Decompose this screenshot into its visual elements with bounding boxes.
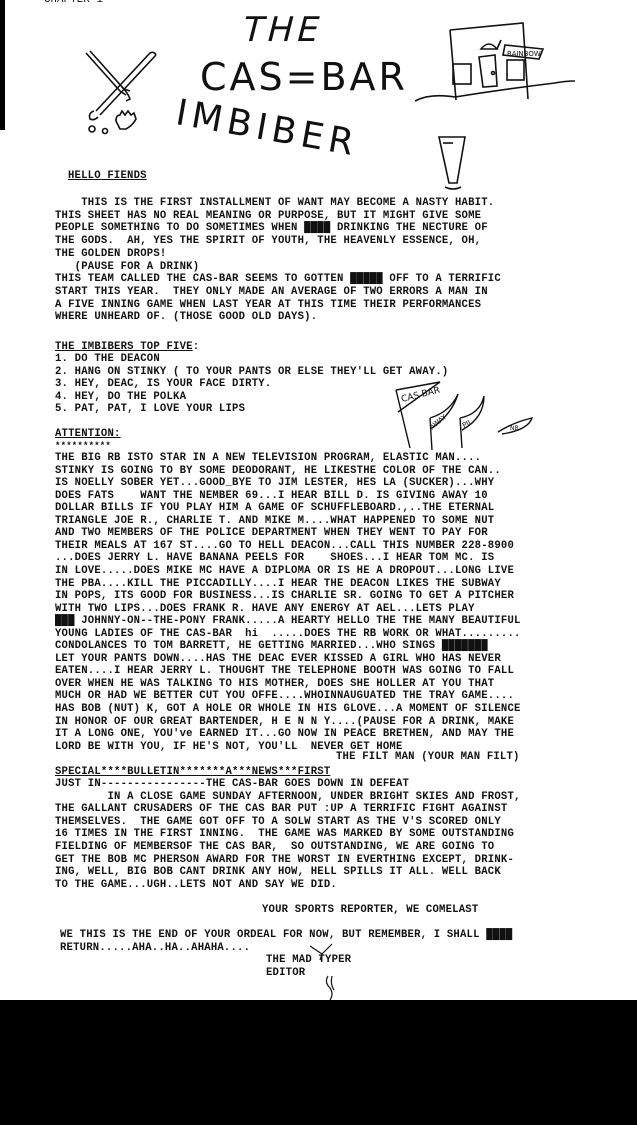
bulletin-line: 16 TIMES IN THE FIRST INNING. THE GAME W… (55, 828, 514, 841)
attention-line: DOLLAR BILLS IF YOU PLAY HIM A GAME OF S… (55, 502, 494, 515)
attention-line: IT A LONG ONE, YOU've EARNED IT...GO NOW… (55, 728, 514, 741)
attention-line: MUCH OR HAD WE BETTER CUT YOU OFFE....WH… (55, 690, 514, 703)
filt-man-signature: THE FILT MAN (YOUR MAN FILT) (336, 751, 520, 764)
top-five-item: 2. HANG ON STINKY ( TO YOUR PANTS OR ELS… (55, 366, 448, 379)
chapter-label: CHAPTER 1 (44, 0, 103, 7)
greeting-heading: HELLO FIENDS (68, 170, 147, 183)
attention-line: IS NOELLY SOBER YET...GOOD_BYE TO JIM LE… (55, 477, 494, 490)
intro-line: WHERE UNHEARD OF. (THOSE GOOD OLD DAYS). (55, 311, 317, 324)
bulletin-line: TO THE GAME...UGH..LETS NOT AND SAY WE D… (55, 879, 337, 892)
intro-line: START THIS YEAR. THEY ONLY MADE AN AVERA… (55, 286, 488, 299)
attention-line: THEIR MEALS AT 167 ST....GO TO HELL DEAC… (55, 540, 514, 553)
top-five-item: 3. HEY, DEAC, IS YOUR FACE DIRTY. (55, 378, 271, 391)
attention-line: THE BIG RB ISTO STAR IN A NEW TELEVISION… (55, 452, 481, 465)
intro-line: THIS TEAM CALLED THE CAS-BAR SEEMS TO GO… (55, 273, 501, 286)
attention-line: THE PBA....KILL THE PICCADILLY....I HEAR… (55, 578, 501, 591)
attention-line: IN HONOR OF OUR GREAT BARTENDER, H E N N… (55, 716, 514, 729)
svg-text:NB: NB (510, 425, 519, 432)
attention-line: HAS BOB (NUT) K, GOT A HOLE OR WHOLE IN … (55, 703, 521, 716)
drinking-glass-icon (435, 135, 475, 195)
bulletin-line: JUST IN----------------THE CAS-BAR GOES … (55, 778, 409, 791)
attention-line: IN POPS, ITS GOOD FOR BUSINESS...IS CHAR… (55, 590, 514, 603)
building-sign: RAINBOW (507, 50, 541, 58)
attention-line: AND TWO MEMBERS OF THE POLICE DEPARTMENT… (55, 527, 488, 540)
top-five-heading: THE IMBIBERS TOP FIVE: (55, 341, 199, 354)
intro-line: THIS IS THE FIRST INSTALLMENT OF WANT MA… (55, 197, 494, 210)
attention-line: STINKY IS GOING TO BY SOME DEODORANT, HE… (55, 465, 501, 478)
bulletin-line: IN A CLOSE GAME SUNDAY AFTERNOON, UNDER … (55, 791, 521, 804)
title-imbiber: IMBIBER (173, 92, 362, 164)
attention-stars: ********** (55, 440, 111, 453)
attention-line: LET YOUR PANTS DOWN....HAS THE DEAC EVER… (55, 653, 501, 666)
attention-line: OVER WHEN HE WAS TALKING TO HIS MOTHER, … (55, 678, 494, 691)
bulletin-line: THEMSELVES. THE GAME GOT OFF TO A SOLW S… (55, 816, 501, 829)
document-page: CHAPTER 1 THE CAS=BAR IMBIBER RAINBOW (0, 0, 637, 1000)
bulletin-heading: SPECIAL****BULLETIN*******A***NEWS***FIR… (55, 766, 330, 779)
signature-scribble-icon (300, 940, 340, 1000)
top-five-item: 1. DO THE DEACON (55, 353, 160, 366)
crossed-bats-icon (60, 45, 170, 135)
top-five-item: 5. PAT, PAT, I LOVE YOUR LIPS (55, 403, 245, 416)
building-sketch-icon: RAINBOW (415, 15, 595, 115)
attention-line: ███ JOHNNY-ON--THE-PONY FRANK.....A HEAR… (55, 615, 521, 628)
title-the: THE (238, 10, 328, 50)
scan-edge (0, 0, 5, 130)
closing-line: WE THIS IS THE END OF YOUR ORDEAL FOR NO… (60, 929, 512, 942)
intro-line: THE GOLDEN DROPS! (55, 248, 166, 261)
title-casbar: CAS=BAR (200, 55, 408, 99)
attention-line: EATEN....I HEAR JERRY L. THOUGHT THE TEL… (55, 665, 514, 678)
intro-line: A FIVE INNING GAME WHEN LAST YEAR AT THI… (55, 299, 481, 312)
attention-line: CONDOLANCES TO TOM BARRETT, HE GETTING M… (55, 640, 488, 653)
intro-line: THE GODS. AH, YES THE SPIRIT OF YOUTH, T… (55, 235, 481, 248)
bulletin-line: FIELDING OF MEMBERSOF THE CAS BAR, SO OU… (55, 841, 494, 854)
attention-heading: ATTENTION: (55, 428, 121, 441)
intro-line: PEOPLE SOMETHING TO DO SOMETIMES WHEN ██… (55, 222, 488, 235)
bulletin-line: GET THE BOB MC PHERSON AWARD FOR THE WOR… (55, 854, 514, 867)
pennants-sketch-icon: CAS BAR AWAY PIL NB (390, 378, 550, 450)
intro-line: (PAUSE FOR A DRINK) (55, 261, 199, 274)
sports-reporter-signature: YOUR SPORTS REPORTER, WE COMELAST (262, 904, 478, 917)
svg-text:PIL: PIL (461, 418, 474, 430)
bulletin-line: ING, WELL, BIG BOB CANT DRINK ANY HOW, H… (55, 866, 501, 879)
closing-line: RETURN.....AHA..HA..AHAHA.... (60, 942, 250, 955)
intro-line: THIS SHEET HAS NO REAL MEANING OR PURPOS… (55, 210, 481, 223)
attention-line: ...DOES JERRY L. HAVE BANANA PEELS FOR S… (55, 552, 494, 565)
attention-line: TRIANGLE JOE R., CHARLIE T. AND MIKE M..… (55, 515, 494, 528)
attention-line: IN LOVE.....DOES MIKE MC HAVE A DIPLOMA … (55, 565, 514, 578)
top-five-item: 4. HEY, DO THE POLKA (55, 391, 186, 404)
attention-line: DOES FATS WANT THE NEMBER 69...I HEAR BI… (55, 490, 488, 503)
attention-line: YOUNG LADIES OF THE CAS-BAR hi .....DOES… (55, 628, 521, 641)
attention-line: WITH TWO LIPS...DOES FRANK R. HAVE ANY E… (55, 603, 475, 616)
bulletin-line: THE GALLANT CRUSADERS OF THE CAS BAR PUT… (55, 803, 507, 816)
